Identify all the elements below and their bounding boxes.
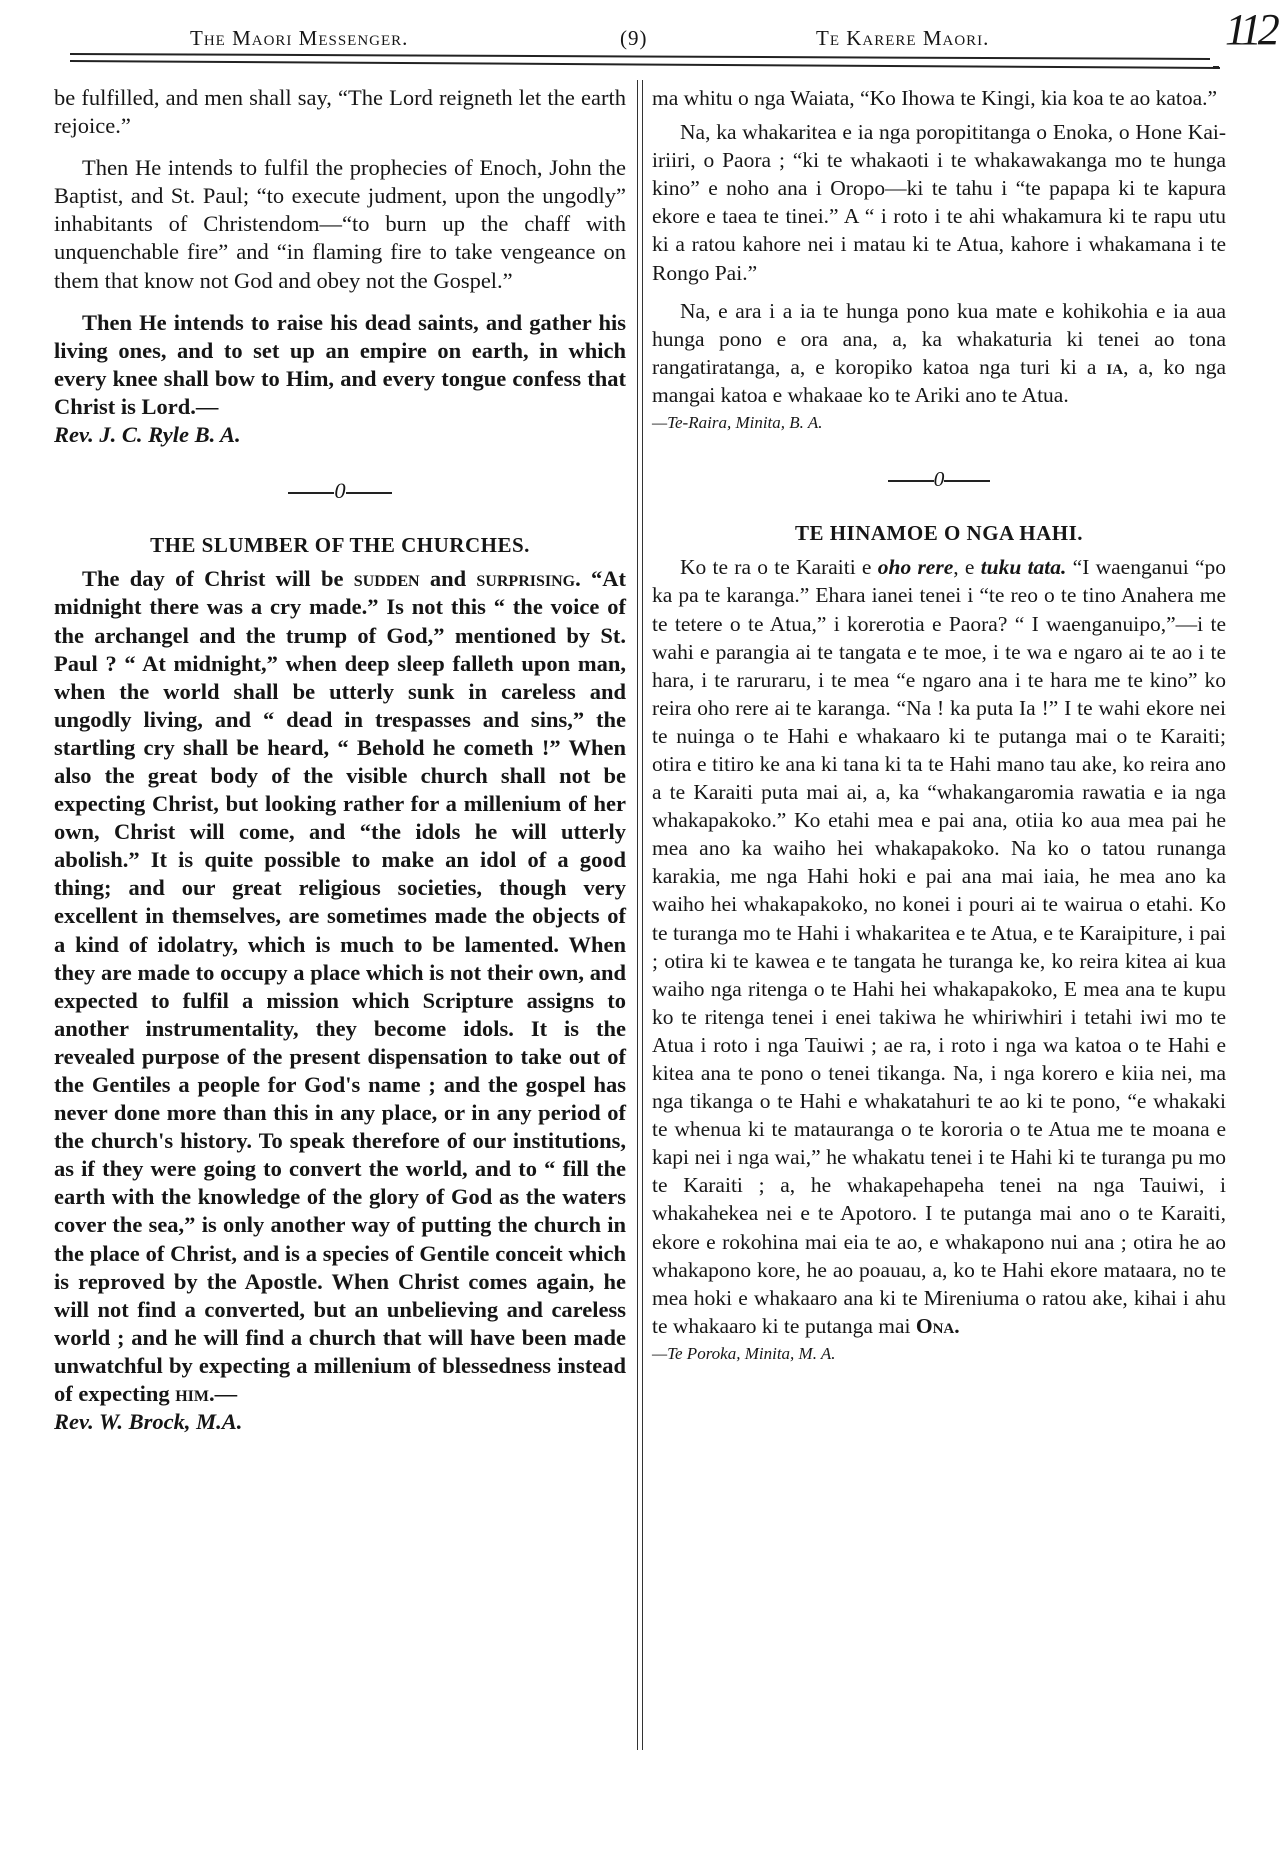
article-te-hinamoe-o-nga-hahi: TE HINAMOE O NGA HAHI. Ko te ra o te Kar…: [652, 519, 1226, 1368]
page-number: (9): [620, 26, 648, 51]
column-divider: [637, 80, 643, 1750]
article-heading: TE HINAMOE O NGA HAHI.: [652, 519, 1226, 547]
article-body: Ko te ra o te Karaiti e oho rere, e tuku…: [652, 553, 1226, 1340]
article-heading: THE SLUMBER OF THE CHURCHES.: [54, 531, 626, 559]
maori-column: ma whitu o nga Waiata, “Ko Ihowa te King…: [652, 84, 1226, 1368]
paragraph: ma whitu o nga Waiata, “Ko Ihowa te King…: [652, 84, 1226, 112]
author-signature: Rev. J. C. Ryle B. A.: [54, 421, 626, 449]
article-body: The day of Christ will be sudden and sur…: [54, 565, 626, 1408]
paragraph: Na, ka whakaritea e ia nga poropititanga…: [652, 118, 1226, 287]
article-slumber-of-the-churches: THE SLUMBER OF THE CHURCHES. The day of …: [54, 531, 626, 1436]
section-separator: 0: [652, 465, 1226, 493]
section-separator: 0: [54, 477, 626, 505]
paragraph: Na, e ara i a ia te hunga pono kua mate …: [652, 297, 1226, 409]
paragraph: Then He intends to fulfil the prophecies…: [54, 154, 626, 294]
paragraph: be fulfilled, and men shall say, “The Lo…: [54, 84, 626, 140]
continued-article-english: be fulfilled, and men shall say, “The Lo…: [54, 84, 626, 449]
author-signature: —Te-Raira, Minita, B. A.: [652, 409, 1226, 437]
author-signature: —Te Poroka, Minita, M. A.: [652, 1340, 1226, 1368]
author-signature: Rev. W. Brock, M.A.: [54, 1408, 626, 1436]
masthead-english-title: The Maori Messenger.: [190, 26, 408, 51]
continued-article-maori: ma whitu o nga Waiata, “Ko Ihowa te King…: [652, 84, 1226, 437]
rule-ornament: [1213, 66, 1219, 69]
paragraph: Then He intends to raise his dead saints…: [54, 309, 626, 421]
handwritten-page-mark: 112: [1225, 4, 1276, 55]
english-column: be fulfilled, and men shall say, “The Lo…: [54, 84, 626, 1436]
masthead-maori-title: Te Karere Maori.: [816, 26, 989, 51]
